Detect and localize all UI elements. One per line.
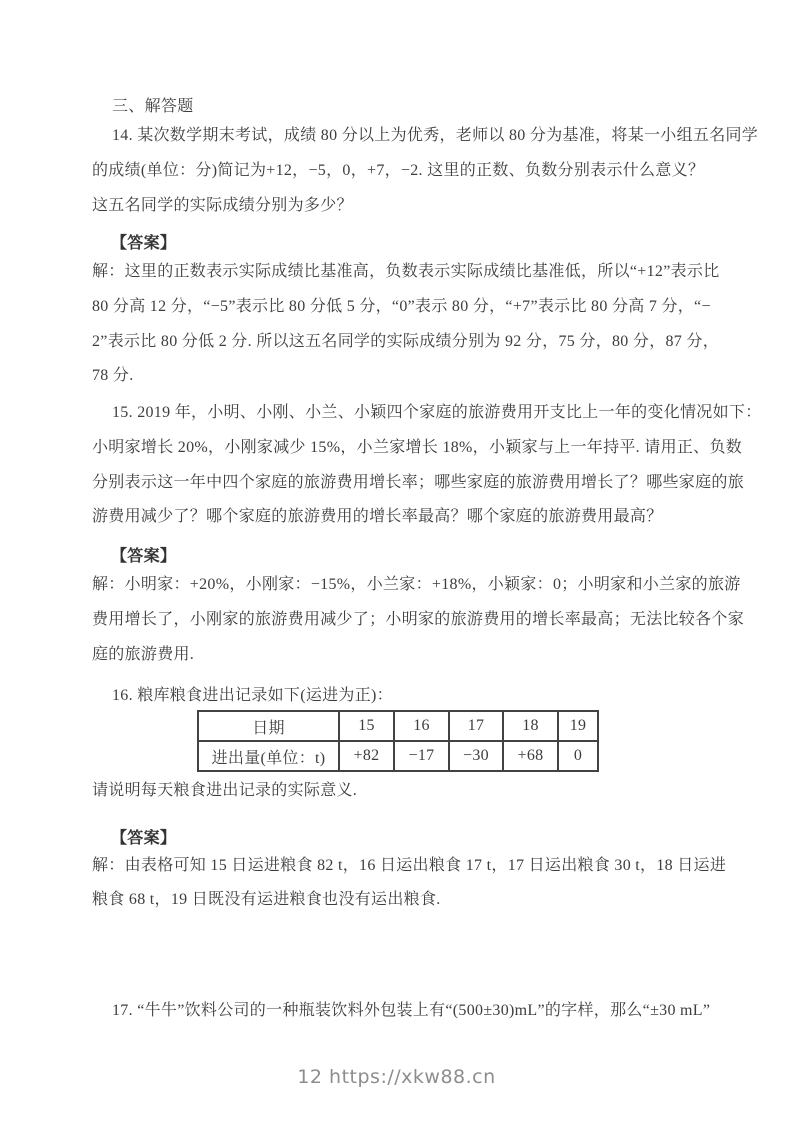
question-16-intro: 16. 粮库粮食进出记录如下(运进为正)： xyxy=(112,686,393,706)
answer-14-line-2: 80 分高 12 分，“−5”表示比 80 分低 5 分，“0”表示 80 分，… xyxy=(92,297,711,317)
question-14-line-3: 这五名同学的实际成绩分别为多少？ xyxy=(92,196,353,216)
grain-table-value-18: +68 xyxy=(503,741,558,771)
grain-table-day-19: 19 xyxy=(558,711,598,741)
grain-table-day-16: 16 xyxy=(394,711,449,741)
question-14-line-2: 的成绩(单位：分)简记为+12，−5，0，+7，−2. 这里的正数、负数分别表示… xyxy=(92,161,704,181)
grain-table-day-18: 18 xyxy=(503,711,558,741)
answer-14-line-4: 78 分. xyxy=(92,366,134,386)
question-15-line-4: 游费用减少了？哪个家庭的旅游费用的增长率最高？哪个家庭的旅游费用最高？ xyxy=(92,507,663,527)
grain-table-value-16: −17 xyxy=(394,741,449,771)
question-15-line-3: 分别表示这一年中四个家庭的旅游费用增长率；哪些家庭的旅游费用增长了？哪些家庭的旅 xyxy=(92,473,744,493)
grain-table-day-15: 15 xyxy=(339,711,394,741)
grain-table-day-17: 17 xyxy=(449,711,503,741)
question-14-line-1: 14. 某次数学期末考试，成绩 80 分以上为优秀，老师以 80 分为基准，将某… xyxy=(112,126,758,146)
question-15-line-2: 小明家增长 20%，小刚家减少 15%，小兰家增长 18%，小颖家与上一年持平.… xyxy=(92,438,742,458)
grain-table-date-label: 日期 xyxy=(198,711,339,741)
grain-table-value-15: +82 xyxy=(339,741,394,771)
grain-table-amount-label: 进出量(单位：t) xyxy=(198,741,339,771)
answer-15-line-2: 费用增长了，小刚家的旅游费用减少了；小明家的旅游费用的增长率最高；无法比较各个家 xyxy=(92,610,744,630)
answer-16-line-2: 粮食 68 t，19 日既没有运进粮食也没有运出粮食. xyxy=(92,890,441,910)
grain-table-value-19: 0 xyxy=(558,741,598,771)
grain-table-header-row: 日期 15 16 17 18 19 xyxy=(198,711,598,741)
grain-table-value-row: 进出量(单位：t) +82 −17 −30 +68 0 xyxy=(198,741,598,771)
section-heading: 三、解答题 xyxy=(112,97,194,117)
answer-16-label: 【答案】 xyxy=(111,829,176,849)
answer-15-line-3: 庭的旅游费用. xyxy=(92,645,194,665)
answer-15-line-1: 解：小明家：+20%，小刚家：−15%，小兰家：+18%，小颖家：0；小明家和小… xyxy=(92,575,741,595)
question-16-note: 请说明每天粮食进出记录的实际意义. xyxy=(92,781,357,801)
answer-14-line-1: 解：这里的正数表示实际成绩比基准高，负数表示实际成绩比基准低，所以“+12”表示… xyxy=(92,262,720,282)
answer-16-line-1: 解：由表格可知 15 日运进粮食 82 t，16 日运出粮食 17 t，17 日… xyxy=(92,856,726,876)
answer-14-label: 【答案】 xyxy=(111,234,176,254)
worksheet-page: 三、解答题 14. 某次数学期末考试，成绩 80 分以上为优秀，老师以 80 分… xyxy=(0,0,793,1122)
answer-15-label: 【答案】 xyxy=(111,547,176,567)
question-17-line-1: 17. “牛牛”饮料公司的一种瓶装饮料外包装上有“(500±30)mL”的字样，… xyxy=(112,1001,710,1021)
page-footer: 12 https://xkw88.cn xyxy=(0,1066,793,1088)
answer-14-line-3: 2”表示比 80 分低 2 分. 所以这五名同学的实际成绩分别为 92 分，75… xyxy=(92,332,719,352)
grain-table-value-17: −30 xyxy=(449,741,503,771)
question-15-line-1: 15. 2019 年，小明、小刚、小兰、小颖四个家庭的旅游费用开支比上一年的变化… xyxy=(112,403,762,423)
grain-record-table: 日期 15 16 17 18 19 进出量(单位：t) +82 −17 −30 … xyxy=(197,710,599,772)
